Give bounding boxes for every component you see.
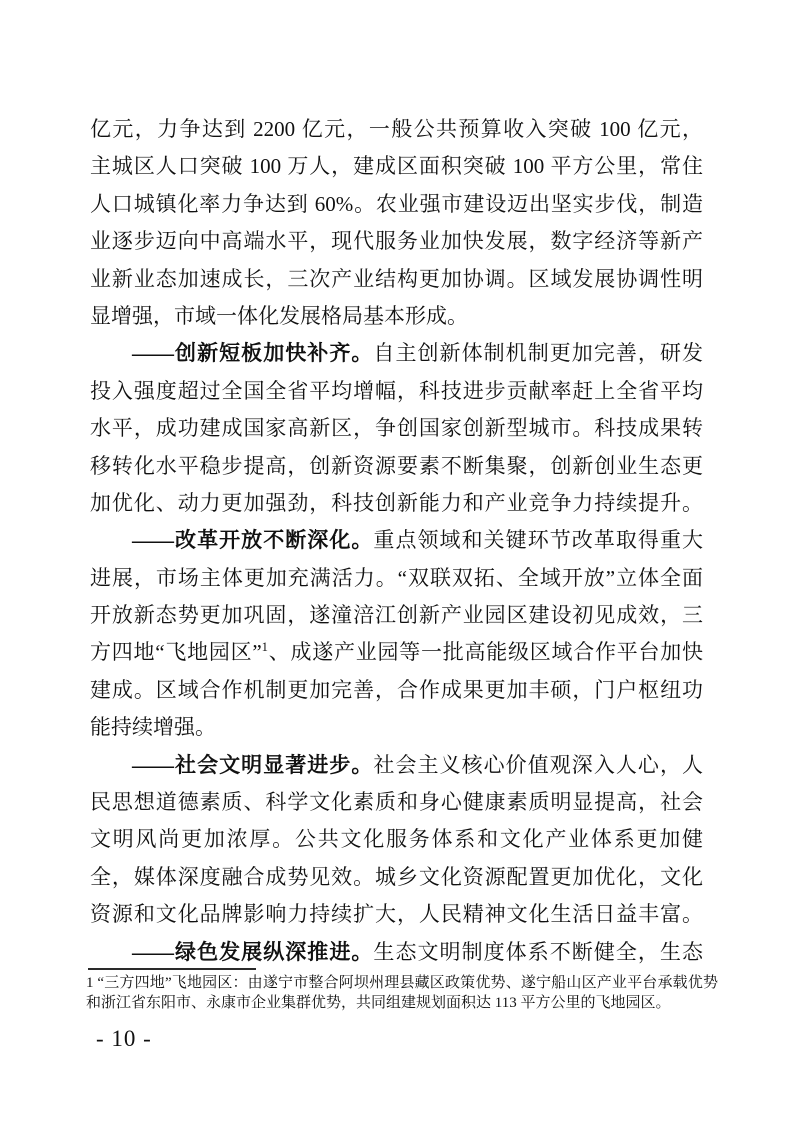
body-text-line: 显增强，市域一体化发展格局基本形成。 [90,298,703,335]
document-page: 亿元，力争达到 2200 亿元，一般公共预算收入突破 100 亿元，主城区人口突… [0,0,793,1122]
text-run: 方四地“飞地园区” [90,640,262,664]
text-run: 重点领域和关键环节改革取得重大 [373,528,703,552]
text-run: 主城区人口突破 100 万人，建成区面积突破 100 平方公里，常住 [90,154,703,178]
text-run: 生态文明制度体系不断健全，生态 [373,940,703,964]
text-run: 进展，市场主体更加充满活力。“双联双拓、全域开放”立体全面 [90,566,703,590]
text-run: 业逐步迈向中高端水平，现代服务业加快发展，数字经济等新产 [90,229,703,253]
document-body: 亿元，力争达到 2200 亿元，一般公共预算收入突破 100 亿元，主城区人口突… [90,111,703,971]
text-run: 资源和文化品牌影响力持续扩大，人民精神文化生活日益丰富。 [90,902,703,926]
text-run: 水平，成功建成国家高新区，争创国家创新型城市。科技成果转 [90,416,703,440]
text-run: 移转化水平稳步提高，创新资源要素不断集聚，创新创业生态更 [90,454,703,478]
text-run: 显增强，市域一体化发展格局基本形成。 [90,304,468,328]
paragraph-lead-bold: ——创新短板加快补齐。 [132,341,373,365]
body-text-line: 业逐步迈向中高端水平，现代服务业加快发展，数字经济等新产 [90,223,703,260]
body-text-line: ——社会文明显著进步。社会主义核心价值观深入人心，人 [90,747,703,784]
body-text-line: 投入强度超过全国全省平均增幅，科技进步贡献率赶上全省平均 [90,373,703,410]
text-run: 文明风尚更加浓厚。公共文化服务体系和文化产业体系更加健 [90,827,703,851]
text-run: 1 “三方四地”飞地园区：由遂宁市整合阿坝州理县藏区政策优势、遂宁船山区产业平台… [86,975,718,991]
body-text-line: 文明风尚更加浓厚。公共文化服务体系和文化产业体系更加健 [90,821,703,858]
body-text-line: 民思想道德素质、科学文化素质和身心健康素质明显提高，社会 [90,784,703,821]
text-run: 自主创新体制机制更加完善，研发 [373,341,703,365]
body-text-line: 全，媒体深度融合成势见效。城乡文化资源配置更加优化，文化 [90,859,703,896]
text-run: 开放新态势更加巩固，遂潼涪江创新产业园区建设初见成效，三 [90,603,703,627]
text-run: 全，媒体深度融合成势见效。城乡文化资源配置更加优化，文化 [90,865,703,889]
body-text-line: 能持续增强。 [90,709,703,746]
footnote: 1 “三方四地”飞地园区：由遂宁市整合阿坝州理县藏区政策优势、遂宁船山区产业平台… [86,974,718,1013]
text-run: 能持续增强。 [90,715,216,739]
text-run: 投入强度超过全国全省平均增幅，科技进步贡献率赶上全省平均 [90,379,703,403]
text-run: 建成。区域合作机制更加完善，合作成果更加丰硕，门户枢纽功 [90,678,703,702]
footnote-separator [88,968,256,970]
body-text-line: 方四地“飞地园区”1、成遂产业园等一批高能级区域合作平台加快 [90,634,703,671]
body-text-line: 建成。区域合作机制更加完善，合作成果更加丰硕，门户枢纽功 [90,672,703,709]
text-run: 、成遂产业园等一批高能级区域合作平台加快 [268,640,703,664]
body-text-line: 亿元，力争达到 2200 亿元，一般公共预算收入突破 100 亿元， [90,111,703,148]
body-text-line: 资源和文化品牌影响力持续扩大，人民精神文化生活日益丰富。 [90,896,703,933]
body-text-line: 人口城镇化率力争达到 60%。农业强市建设迈出坚实步伐，制造 [90,186,703,223]
text-run: 和浙江省东阳市、永康市企业集群优势，共同组建规划面积达 113 平方公里的飞地园… [86,995,670,1011]
body-text-line: 加优化、动力更加强劲，科技创新能力和产业竞争力持续提升。 [90,485,703,522]
text-run: 亿元，力争达到 2200 亿元，一般公共预算收入突破 100 亿元， [90,117,703,141]
footnote-line: 和浙江省东阳市、永康市企业集群优势，共同组建规划面积达 113 平方公里的飞地园… [86,994,718,1014]
body-text-line: 水平，成功建成国家高新区，争创国家创新型城市。科技成果转 [90,410,703,447]
body-text-line: ——改革开放不断深化。重点领域和关键环节改革取得重大 [90,522,703,559]
body-text-line: ——绿色发展纵深推进。生态文明制度体系不断健全，生态 [90,934,703,971]
paragraph-lead-bold: ——改革开放不断深化。 [132,528,373,552]
body-text-line: 开放新态势更加巩固，遂潼涪江创新产业园区建设初见成效，三 [90,597,703,634]
text-run: 业新业态加速成长，三次产业结构更加协调。区域发展协调性明 [90,267,703,291]
text-run: 民思想道德素质、科学文化素质和身心健康素质明显提高，社会 [90,790,703,814]
text-run: 人口城镇化率力争达到 60%。农业强市建设迈出坚实步伐，制造 [90,192,703,216]
text-run: 社会主义核心价值观深入人心，人 [373,753,703,777]
body-text-line: 移转化水平稳步提高，创新资源要素不断集聚，创新创业生态更 [90,448,703,485]
footnote-line: 1 “三方四地”飞地园区：由遂宁市整合阿坝州理县藏区政策优势、遂宁船山区产业平台… [86,974,718,994]
paragraph-lead-bold: ——社会文明显著进步。 [132,753,373,777]
body-text-line: 业新业态加速成长，三次产业结构更加协调。区域发展协调性明 [90,261,703,298]
body-text-line: 主城区人口突破 100 万人，建成区面积突破 100 平方公里，常住 [90,148,703,185]
body-text-line: 进展，市场主体更加充满活力。“双联双拓、全域开放”立体全面 [90,560,703,597]
body-text-line: ——创新短板加快补齐。自主创新体制机制更加完善，研发 [90,335,703,372]
paragraph-lead-bold: ——绿色发展纵深推进。 [132,940,373,964]
text-run: 加优化、动力更加强劲，科技创新能力和产业竞争力持续提升。 [90,491,703,515]
page-number: - 10 - [96,1026,152,1052]
